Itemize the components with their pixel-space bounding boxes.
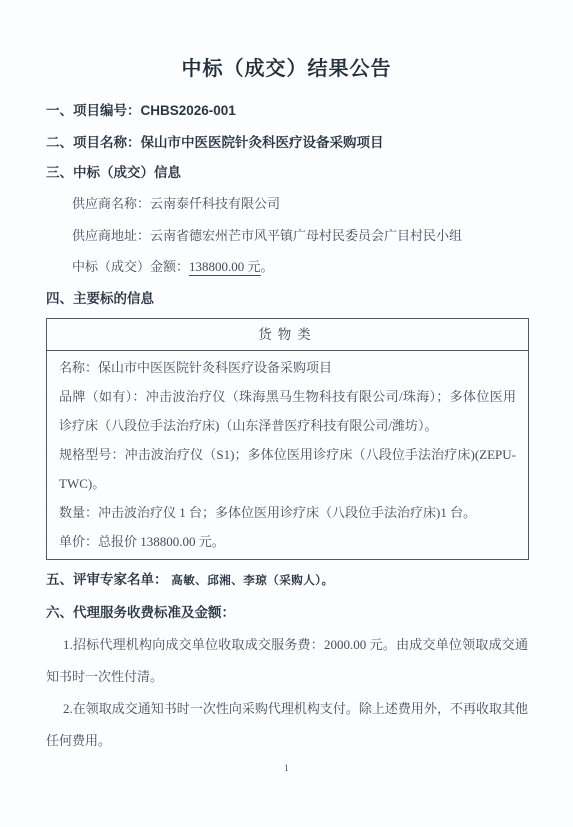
section-subject-info-heading: 四、主要标的信息: [46, 291, 528, 307]
award-amount-line: 中标（成交）金额：138800.00 元。: [72, 259, 528, 275]
goods-row-brand: 品牌（如有）：冲击波治疗仪（珠海黑马生物科技有限公司/珠海）；多体位医用诊疗床（…: [59, 382, 516, 440]
supplier-name-label: 供应商名称：: [72, 196, 150, 211]
supplier-name-line: 供应商名称：云南泰仟科技有限公司: [72, 196, 528, 212]
supplier-address-label: 供应商地址：: [72, 228, 150, 243]
goods-table-header-row: 货物类: [47, 319, 529, 351]
section-award-info-heading: 三、中标（成交）信息: [46, 165, 528, 181]
goods-row-name: 名称：保山市中医医院针灸科医疗设备采购项目: [59, 353, 516, 382]
project-name-label: 二、项目名称：: [46, 135, 141, 150]
page-number: 1: [0, 763, 573, 774]
goods-table-header-cell: 货物类: [47, 319, 529, 351]
supplier-address-value: 云南省德宏州芒市风平镇广母村民委员会广目村民小组: [150, 228, 462, 243]
award-amount-value: 138800.00 元: [189, 259, 261, 276]
goods-table: 货物类 名称：保山市中医医院针灸科医疗设备采购项目 品牌（如有）：冲击波治疗仪（…: [46, 318, 529, 560]
supplier-address-line: 供应商地址：云南省德宏州芒市风平镇广母村民委员会广目村民小组: [72, 228, 528, 244]
agency-fee-paragraph-2: 2.在领取成交通知书时一次性向采购代理机构支付。除上述费用外，不再收取其他任何费…: [46, 693, 528, 757]
goods-table-body-row: 名称：保山市中医医院针灸科医疗设备采购项目 品牌（如有）：冲击波治疗仪（珠海黑马…: [47, 351, 529, 560]
award-amount-suffix: 。: [261, 259, 274, 274]
page-title: 中标（成交）结果公告: [0, 0, 573, 82]
project-number-label: 一、项目编号：: [46, 103, 141, 118]
project-name-value: 保山市中医医院针灸科医疗设备采购项目: [141, 135, 384, 150]
section-project-number: 一、项目编号：CHBS2026-001: [46, 103, 528, 119]
goods-row-unit-price: 单价：总报价 138800.00 元。: [59, 527, 516, 556]
agency-fee-paragraph-1: 1.招标代理机构向成交单位收取成交服务费：2000.00 元。由成交单位领取成交…: [46, 629, 528, 693]
project-number-value: CHBS2026-001: [141, 103, 236, 118]
section-experts-line: 五、评审专家名单： 高敏、邱湘、李琼（采购人）。: [46, 572, 528, 589]
experts-heading: 五、评审专家名单：: [46, 572, 168, 587]
supplier-name-value: 云南泰仟科技有限公司: [150, 196, 280, 211]
award-amount-label: 中标（成交）金额：: [72, 259, 189, 274]
experts-names: 高敏、邱湘、李琼（采购人）。: [171, 575, 333, 587]
document-page: 中标（成交）结果公告 一、项目编号：CHBS2026-001 二、项目名称：保山…: [0, 0, 573, 827]
goods-row-quantity: 数量：冲击波治疗仪 1 台；多体位医用诊疗床（八段位手法治疗床)1 台。: [59, 498, 516, 527]
section-project-name: 二、项目名称：保山市中医医院针灸科医疗设备采购项目: [46, 135, 528, 151]
goods-table-body-cell: 名称：保山市中医医院针灸科医疗设备采购项目 品牌（如有）：冲击波治疗仪（珠海黑马…: [47, 351, 529, 560]
goods-row-spec: 规格型号：冲击波治疗仪（S1)；多体位医用诊疗床（八段位手法治疗床)(ZEPU-…: [59, 440, 516, 498]
section-agency-fee-heading: 六、代理服务收费标准及金额：: [46, 605, 528, 621]
